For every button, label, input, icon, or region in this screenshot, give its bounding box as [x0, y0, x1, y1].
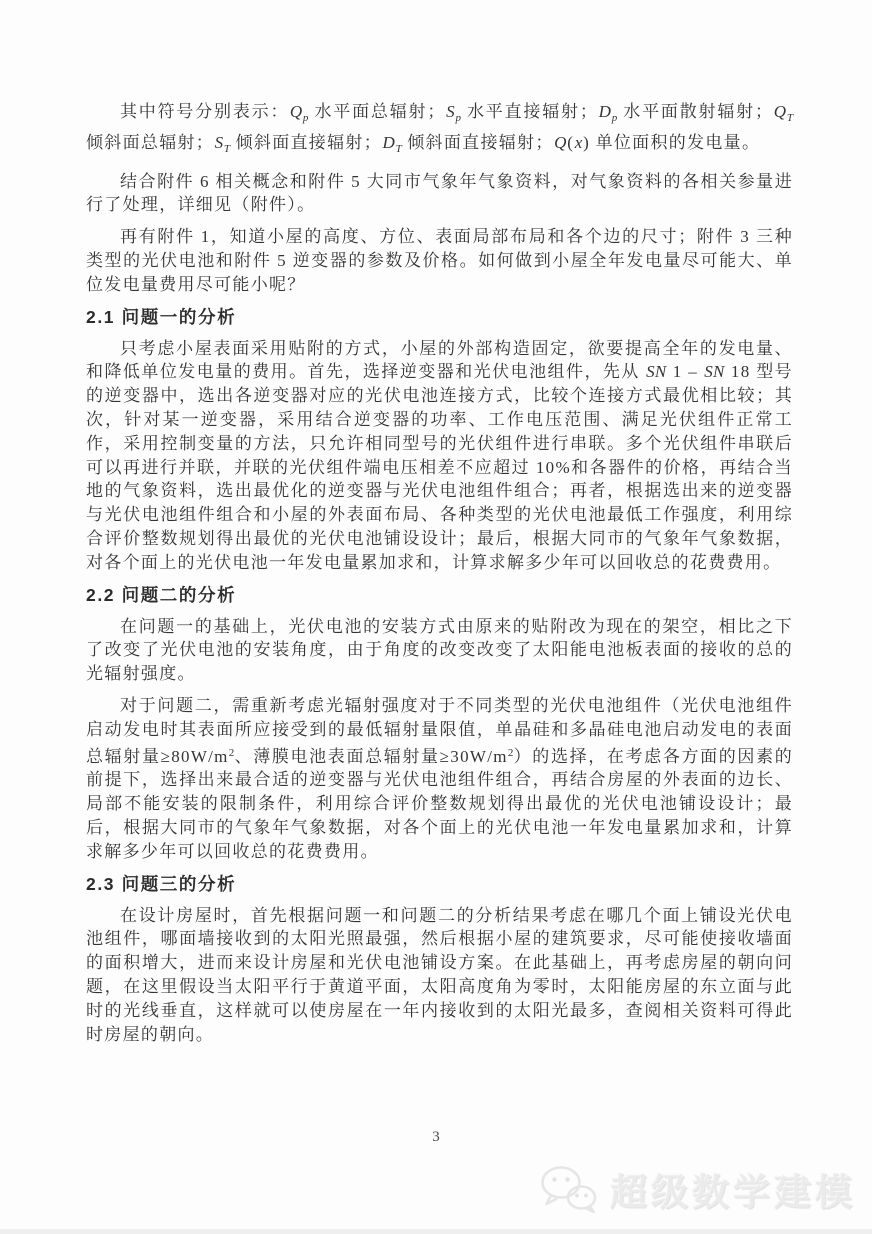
- text-run: 水平面散射辐射；: [617, 102, 773, 121]
- math-var: SN: [646, 362, 667, 381]
- page-number: 3: [432, 1129, 440, 1145]
- math-var: Q: [554, 133, 568, 152]
- text-run: 、薄膜电池表面总辐射量≥30W/m: [234, 747, 508, 766]
- watermark-text: 超级数学建模: [610, 1162, 856, 1216]
- math-var: D: [598, 102, 612, 121]
- bottom-edge-strip: [0, 1229, 872, 1234]
- paper-page: 其中符号分别表示：Qp 水平面总辐射；Sp 水平直接辐射；Dp 水平面散射辐射；…: [0, 0, 872, 1234]
- math-var: S: [214, 133, 224, 152]
- text-run: ) 单位面积的发电量。: [583, 133, 760, 152]
- text-run: 1 –: [667, 362, 704, 381]
- math-var: S: [446, 102, 456, 121]
- para-problem3-analysis: 在设计房屋时，首先根据问题一和问题二的分析结果考虑在哪几个面上铺设光伏电池组件，…: [86, 904, 793, 1047]
- wechat-icon: [540, 1165, 598, 1213]
- text-run: 倾斜面直接辐射；: [402, 133, 554, 152]
- text-run: 其中符号分别表示：: [120, 102, 289, 121]
- math-var: Q: [773, 102, 787, 121]
- text-run: 水平直接辐射；: [461, 102, 598, 121]
- text-run: 倾斜面直接辐射；: [230, 133, 382, 152]
- heading-2-2: 2.2 问题二的分析: [86, 583, 793, 608]
- text-run: 倾斜面总辐射；: [86, 133, 214, 152]
- text-run: 水平面总辐射；: [308, 102, 445, 121]
- text-run: 在设计房屋时，首先根据问题一和问题二的分析结果考虑在哪几个面上铺设光伏电池组件，…: [86, 906, 793, 1044]
- text-run: 18 型号的逆变器中，选出各逆变器对应的光伏电池连接方式，比较个连接方式最优相比…: [86, 362, 793, 571]
- math-var: SN: [704, 362, 725, 381]
- math-subscript: T: [787, 112, 793, 124]
- text-run: 再有附件 1，知道小屋的高度、方位、表面局部布局和各个边的尺寸；附件 3 三种类…: [86, 227, 793, 294]
- page-footer: 3: [0, 1128, 872, 1146]
- text-run: 结合附件 6 相关概念和附件 5 大同市气象年气象资料，对气象资料的各相关参量进…: [86, 172, 793, 215]
- heading-2-3: 2.3 问题三的分析: [86, 872, 793, 897]
- para-problem2-analysis-2: 对于问题二，需重新考虑光辐射强度对于不同类型的光伏电池组件（光伏电池组件启动发电…: [86, 694, 793, 864]
- math-var: Q: [289, 102, 303, 121]
- math-var: x: [574, 133, 583, 152]
- math-var: D: [382, 133, 396, 152]
- text-run: 在问题一的基础上，光伏电池的安装方式由原来的贴附改为现在的架空，相比之下了改变了…: [86, 617, 793, 684]
- para-attachments-question: 再有附件 1，知道小屋的高度、方位、表面局部布局和各个边的尺寸；附件 3 三种类…: [86, 225, 793, 296]
- para-problem2-analysis-1: 在问题一的基础上，光伏电池的安装方式由原来的贴附改为现在的架空，相比之下了改变了…: [86, 615, 793, 686]
- heading-2-1: 2.1 问题一的分析: [86, 305, 793, 330]
- text-run: 2.3 问题三的分析: [86, 874, 236, 894]
- document-body: 其中符号分别表示：Qp 水平面总辐射；Sp 水平直接辐射；Dp 水平面散射辐射；…: [86, 100, 793, 1054]
- para-symbol-definitions: 其中符号分别表示：Qp 水平面总辐射；Sp 水平直接辐射；Dp 水平面散射辐射；…: [86, 100, 793, 162]
- watermark: 超级数学建模: [540, 1162, 856, 1216]
- para-weather-data: 结合附件 6 相关概念和附件 5 大同市气象年气象资料，对气象资料的各相关参量进…: [86, 170, 793, 218]
- para-problem1-analysis: 只考虑小屋表面采用贴附的方式，小屋的外部构造固定，欲要提高全年的发电量、和降低单…: [86, 337, 793, 575]
- text-run: 2.2 问题二的分析: [86, 585, 236, 605]
- text-run: 2.1 问题一的分析: [86, 307, 236, 327]
